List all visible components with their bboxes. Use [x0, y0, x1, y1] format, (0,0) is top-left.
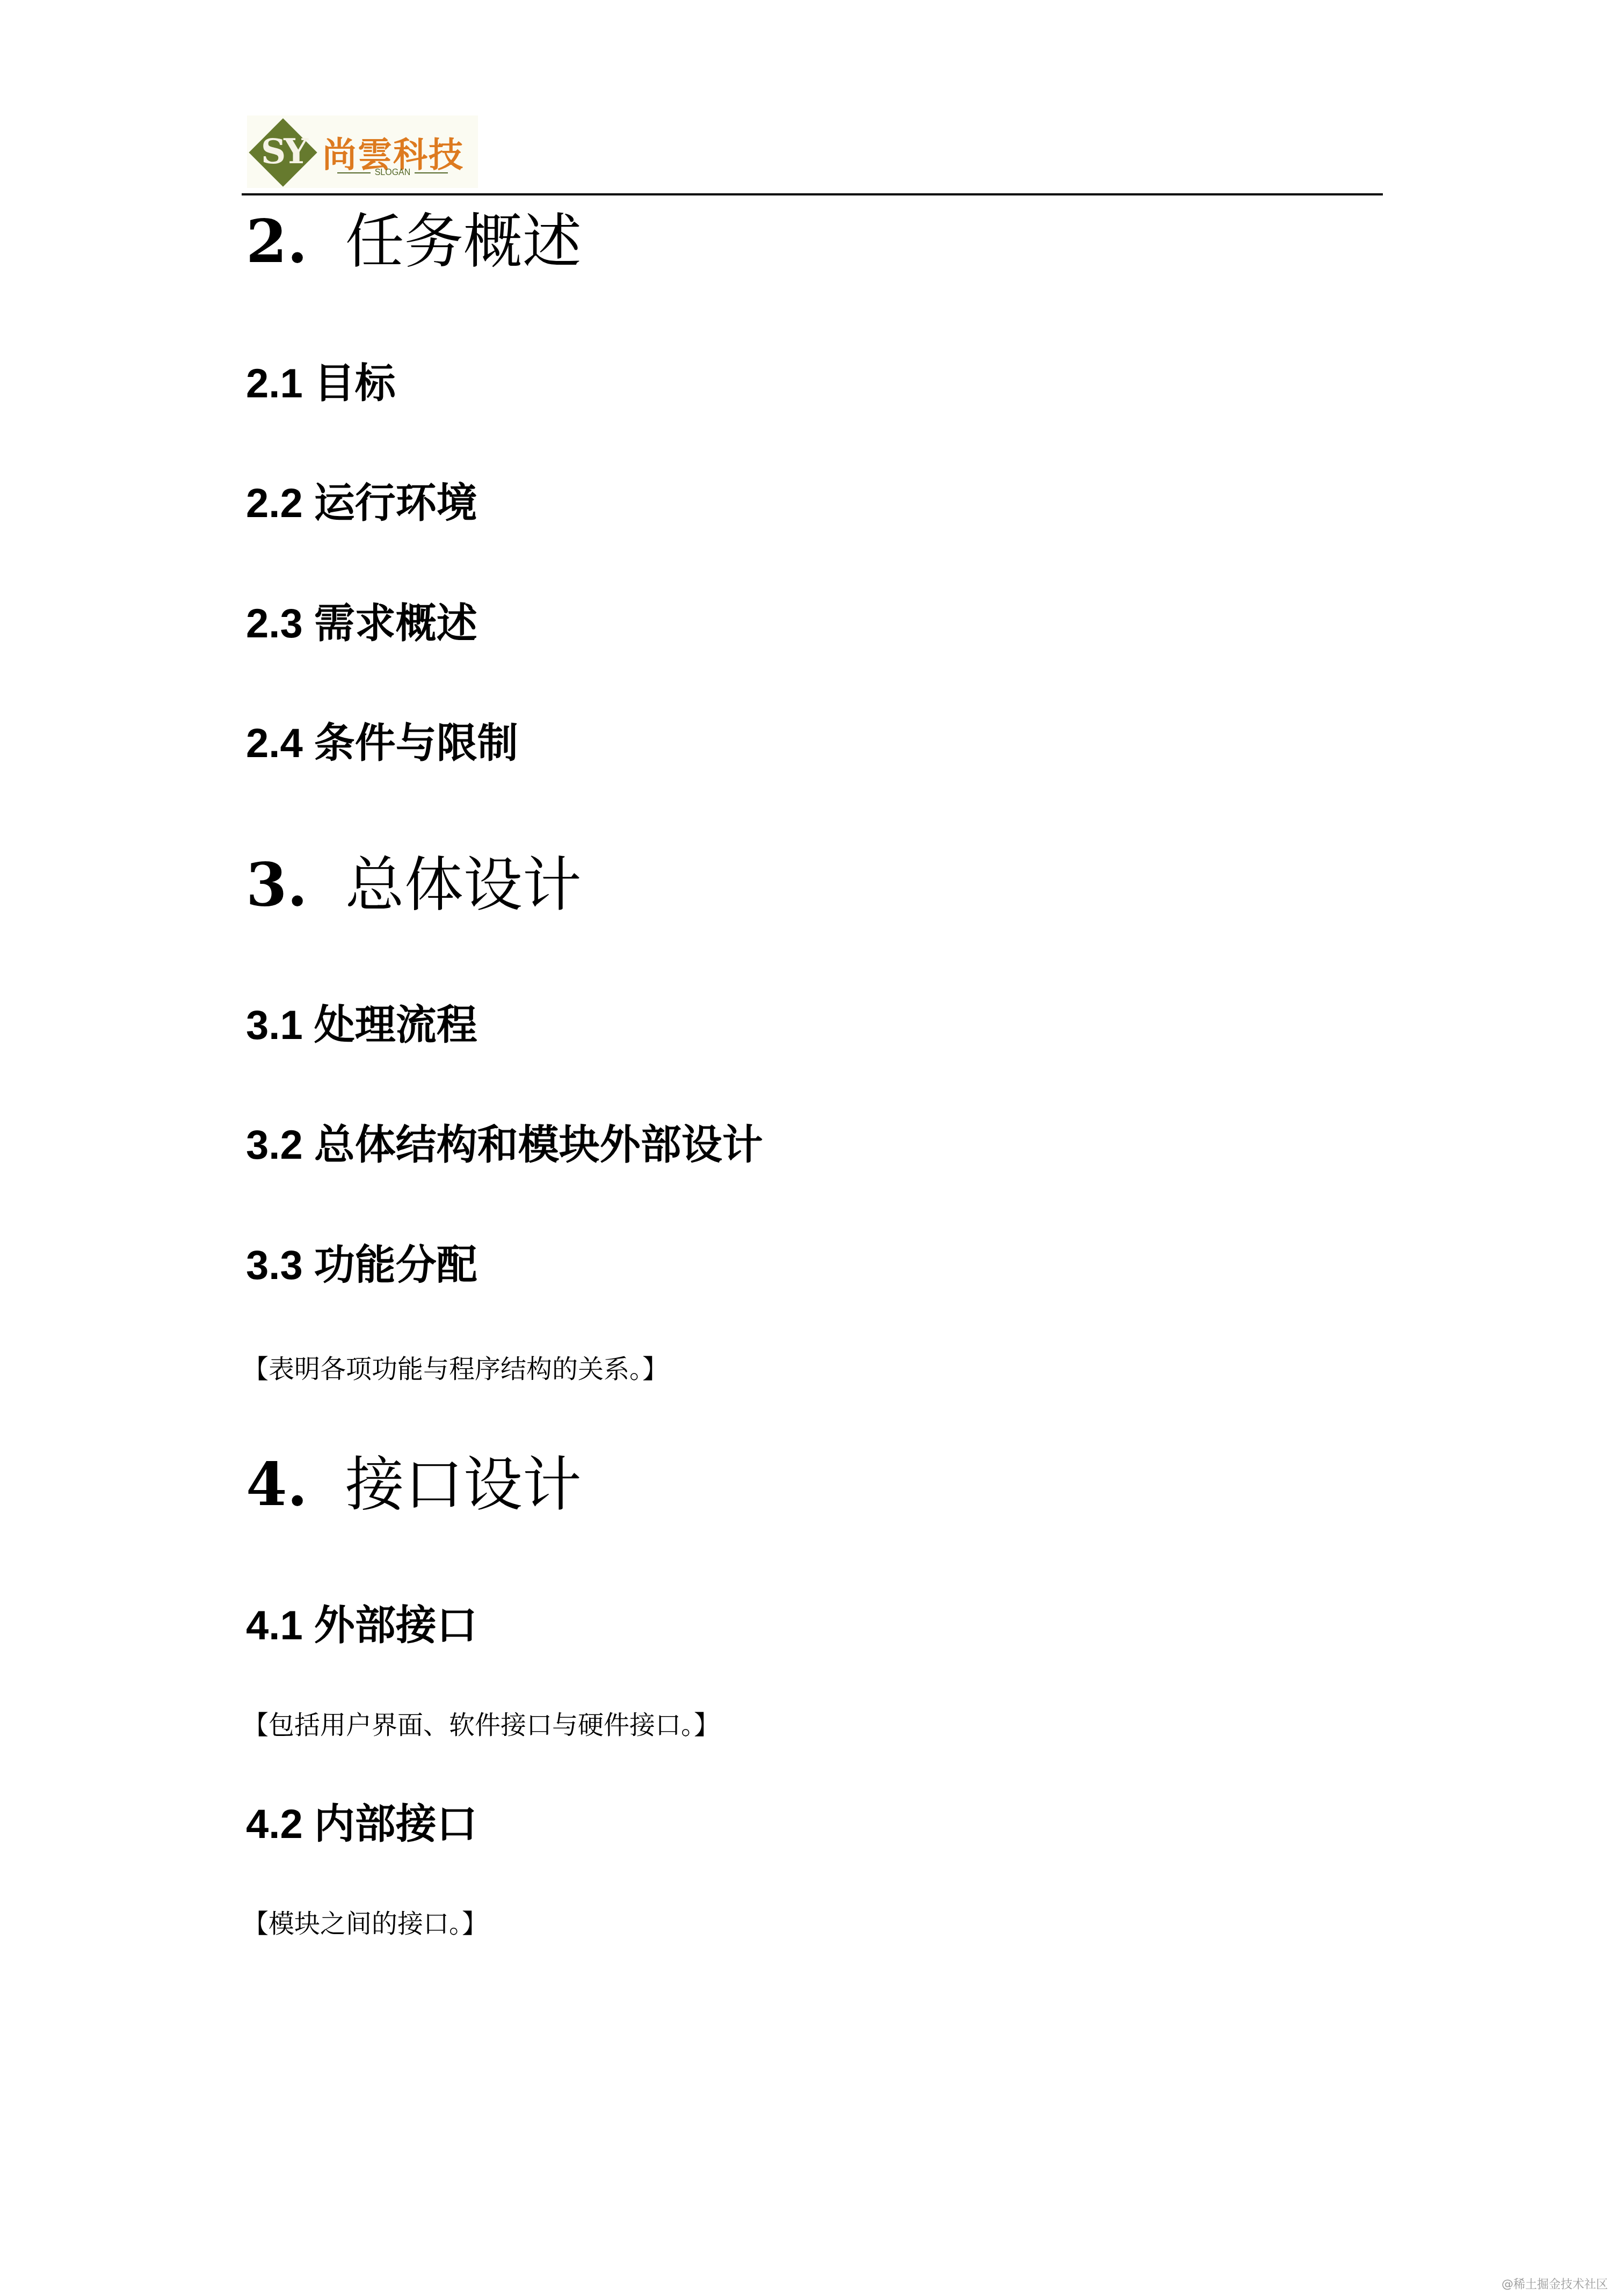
- section-title: 接口设计: [345, 1450, 582, 1519]
- section-number: 3.: [246, 850, 308, 919]
- section-number: 2.: [246, 207, 308, 276]
- company-logo: SY 尚雲科技 SLOGAN: [247, 115, 478, 188]
- logo-slogan: SLOGAN: [322, 168, 463, 178]
- subsection-note-4-1: 【包括用户界面、软件接口与硬件接口。】: [243, 1709, 720, 1741]
- subsection-heading-2-2: 2.2 运行环境: [246, 479, 477, 528]
- section-title: 总体设计: [345, 851, 582, 919]
- subsection-heading-3-3: 3.3 功能分配: [246, 1241, 477, 1290]
- section-number: 4.: [246, 1450, 308, 1519]
- subsection-heading-2-4: 2.4 条件与限制: [246, 720, 518, 768]
- subsection-heading-3-1: 3.1 处理流程: [246, 1001, 477, 1050]
- subsection-note-3-3: 【表明各项功能与程序结构的关系。】: [243, 1353, 668, 1385]
- header-divider: [242, 193, 1383, 195]
- subsection-heading-2-1: 2.1 目标: [246, 360, 396, 408]
- subsection-heading-3-2: 3.2 总体结构和模块外部设计: [246, 1121, 763, 1169]
- section-heading-2: 2.任务概述: [246, 209, 582, 274]
- subsection-heading-4-2: 4.2 内部接口: [246, 1800, 477, 1849]
- section-heading-3: 3.总体设计: [246, 853, 582, 917]
- subsection-note-4-2: 【模块之间的接口。】: [243, 1908, 488, 1940]
- subsection-heading-4-1: 4.1 外部接口: [246, 1602, 477, 1650]
- watermark: @稀土掘金技术社区: [1502, 2275, 1608, 2292]
- section-heading-4: 4.接口设计: [246, 1452, 582, 1517]
- section-title: 任务概述: [345, 207, 582, 276]
- subsection-heading-2-3: 2.3 需求概述: [246, 600, 477, 648]
- logo-monogram: SY: [253, 132, 314, 172]
- page-header: SY 尚雲科技 SLOGAN: [242, 107, 1383, 196]
